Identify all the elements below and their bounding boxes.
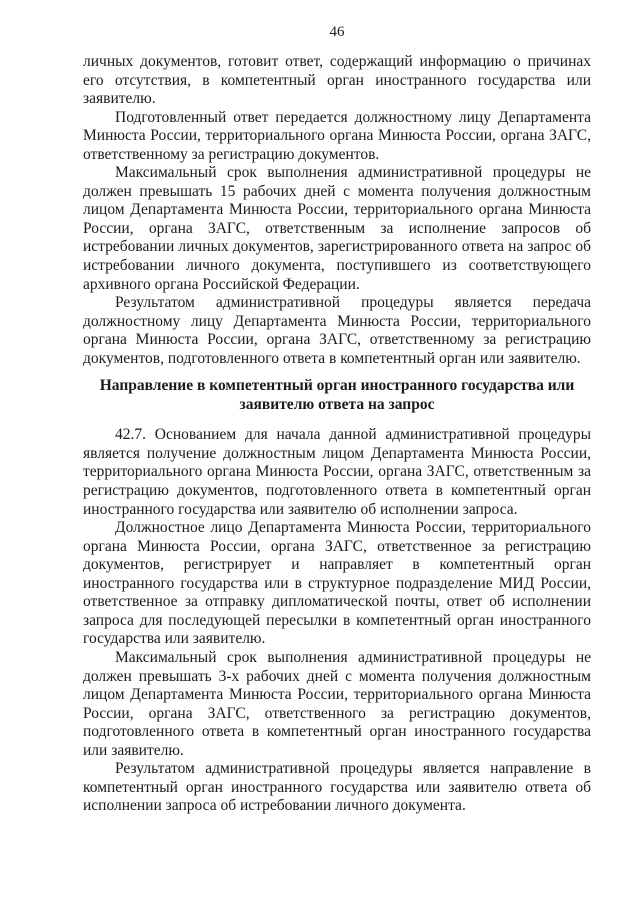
section-heading: Направление в компетентный орган иностра…: [83, 377, 591, 414]
page-number: 46: [83, 23, 591, 41]
paragraph-procedure-result-transfer: Результатом административной процедуры я…: [83, 294, 591, 368]
paragraph-continuation: личных документов, готовит ответ, содерж…: [83, 53, 591, 109]
paragraph-max-term-3-days: Максимальный срок выполнения администрат…: [83, 649, 591, 760]
paragraph-procedure-result-sending: Результатом административной процедуры я…: [83, 760, 591, 816]
paragraph-max-term-15-days: Максимальный срок выполнения администрат…: [83, 164, 591, 294]
paragraph-42-7-basis: 42.7. Основанием для начала данной админ…: [83, 426, 591, 519]
document-page: 46 личных документов, готовит ответ, сод…: [0, 0, 640, 905]
paragraph-official-registers-sends: Должностное лицо Департамента Минюста Ро…: [83, 519, 591, 649]
paragraph-prepared-answer: Подготовленный ответ передается должност…: [83, 109, 591, 165]
page-content: 46 личных документов, готовит ответ, сод…: [83, 23, 591, 816]
